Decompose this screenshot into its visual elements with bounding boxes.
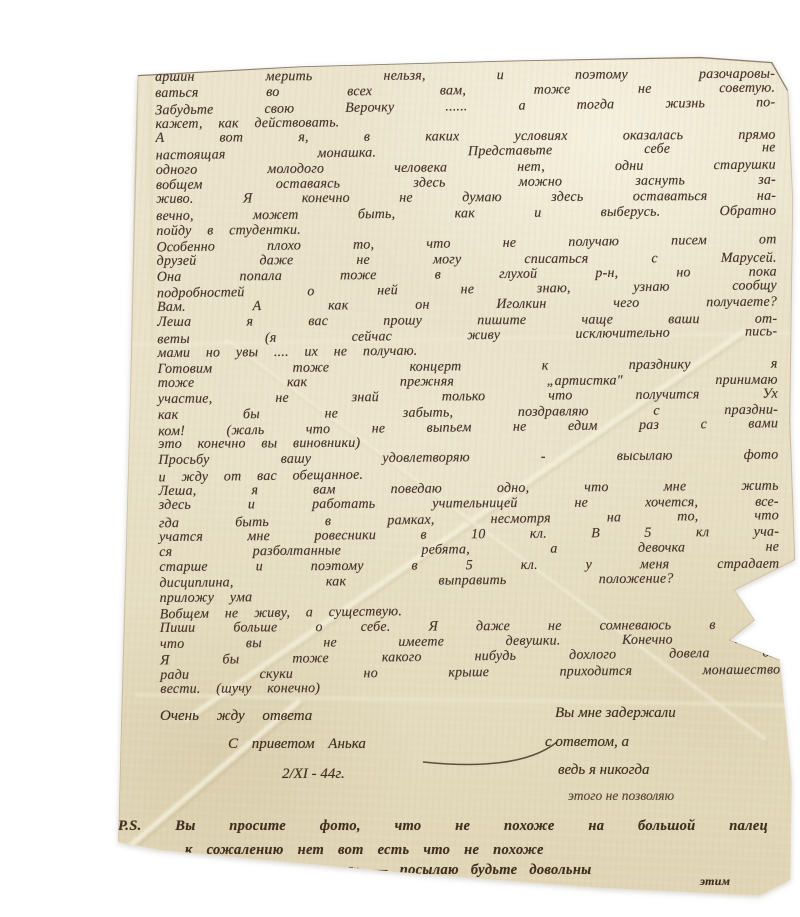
letter-line: старше и поэтому в 5 кл. у меня страдает <box>159 556 779 575</box>
letter-line: вести. (шучу конечно) <box>160 679 780 698</box>
postscript-line: «Акулина» — посылаю будьте довольны <box>290 862 592 879</box>
postscript-tail: этим <box>700 874 730 889</box>
letter-body: аршин мерить нельзя, и поэтому разочаров… <box>155 66 780 699</box>
signoff-right-note-2: с ответом, а <box>545 734 629 751</box>
letter-line: аршин мерить нельзя, и поэтому разочаров… <box>155 67 775 86</box>
signoff-right-note-4: этого не позволяю <box>568 788 674 804</box>
signoff-right-note-3: ведь я никогда <box>558 762 650 779</box>
letter-line: Пиши больше о себе. Я даже не сомневаюсь… <box>160 617 780 636</box>
letter-paper: аршин мерить нельзя, и поэтому разочаров… <box>105 50 800 910</box>
signature-flourish <box>423 742 557 765</box>
postscript-line: P.S. Вы просите фото, что не похоже на б… <box>118 818 768 835</box>
signoff-right-note-1: Вы мне задержали <box>555 705 676 722</box>
scan-background: { "colors": { "background": "#ffffff", "… <box>0 0 800 917</box>
postscript-line: к сожалению нет вот есть что не похоже <box>185 842 544 859</box>
corner-flap-mark <box>110 855 143 862</box>
letter-line: друзей даже не могу списаться с Марусей. <box>157 250 777 269</box>
signoff-await-reply: Очень жду ответа <box>160 708 312 725</box>
letter-paper-wrapper: аршин мерить нельзя, и поэтому разочаров… <box>105 50 800 910</box>
letter-date: 2/XI - 44г. <box>282 766 345 783</box>
signature-name: С приветом Анька <box>228 736 366 753</box>
letter-line: тоже как прежняя „артистка" принимаю <box>158 373 778 392</box>
